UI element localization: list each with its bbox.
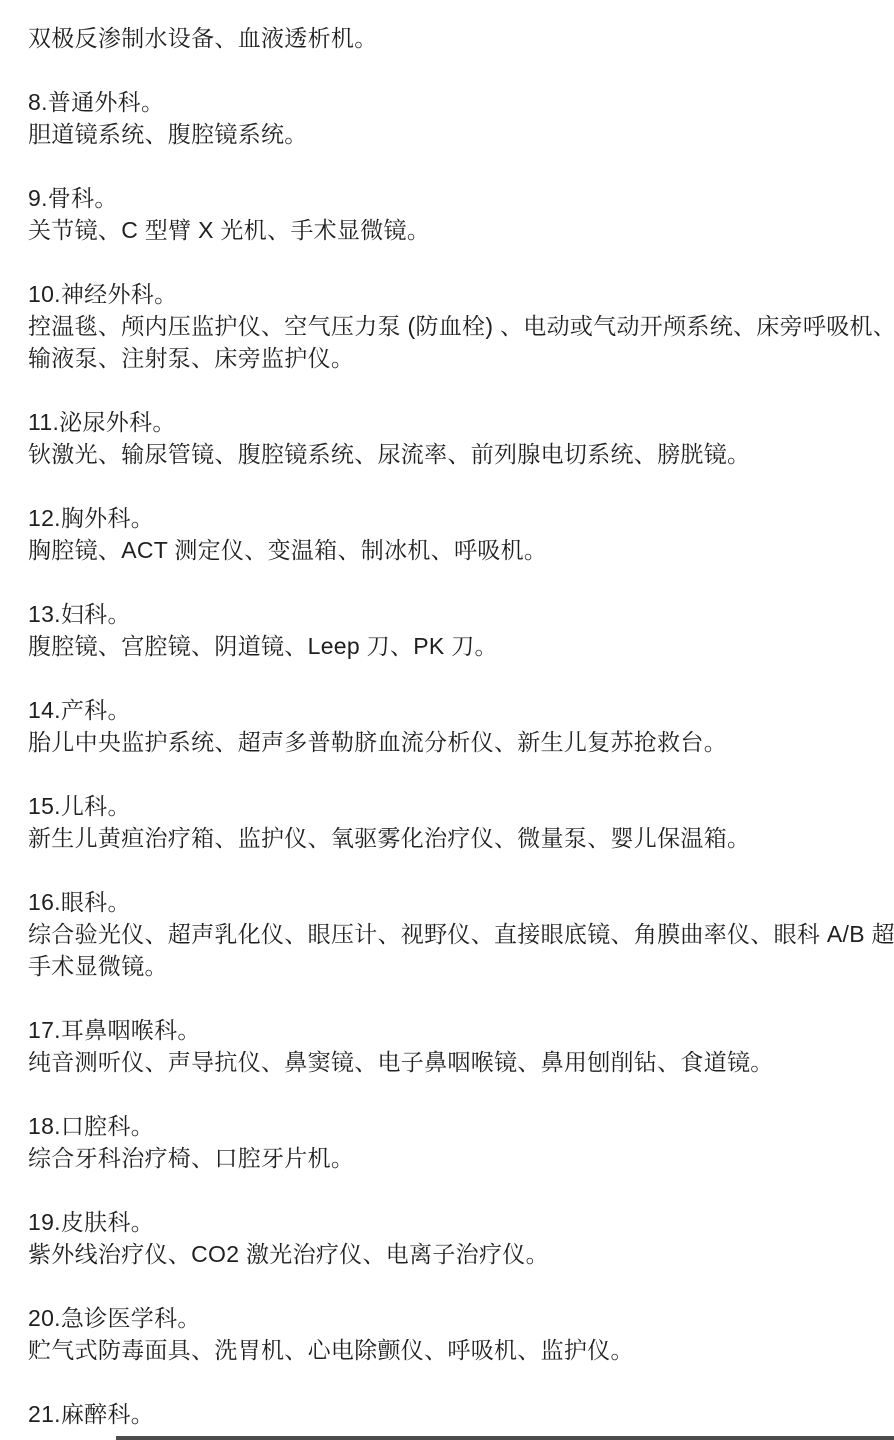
- section-heading: 20.急诊医学科。: [28, 1302, 866, 1334]
- section-block: 18.口腔科。综合牙科治疗椅、口腔牙片机。: [28, 1110, 866, 1174]
- section-block: 17.耳鼻咽喉科。纯音测听仪、声导抗仪、鼻窦镜、电子鼻咽喉镜、鼻用刨削钻、食道镜…: [28, 1014, 866, 1078]
- section-block: 11.泌尿外科。钬激光、输尿管镜、腹腔镜系统、尿流率、前列腺电切系统、膀胱镜。: [28, 406, 866, 470]
- section-body-line: 贮气式防毒面具、洗胃机、心电除颤仪、呼吸机、监护仪。: [28, 1334, 866, 1366]
- section-body-line: 关节镜、C 型臂 X 光机、手术显微镜。: [28, 214, 866, 246]
- section-heading: 17.耳鼻咽喉科。: [28, 1014, 866, 1046]
- section-body-line: 胸腔镜、ACT 测定仪、变温箱、制冰机、呼吸机。: [28, 534, 866, 566]
- section-body-line: 胆道镜系统、腹腔镜系统。: [28, 118, 866, 150]
- document-page: 双极反渗制水设备、血液透析机。8.普通外科。胆道镜系统、腹腔镜系统。9.骨科。关…: [0, 0, 894, 1440]
- section-heading: 9.骨科。: [28, 182, 866, 214]
- section-body-line: 综合牙科治疗椅、口腔牙片机。: [28, 1142, 866, 1174]
- section-block: 20.急诊医学科。贮气式防毒面具、洗胃机、心电除颤仪、呼吸机、监护仪。: [28, 1302, 866, 1366]
- section-heading: 13.妇科。: [28, 598, 866, 630]
- section-block: 16.眼科。综合验光仪、超声乳化仪、眼压计、视野仪、直接眼底镜、角膜曲率仪、眼科…: [28, 886, 866, 982]
- section-body-line: 紫外线治疗仪、CO2 激光治疗仪、电离子治疗仪。: [28, 1238, 866, 1270]
- section-heading: 12.胸外科。: [28, 502, 866, 534]
- section-heading: 21.麻醉科。: [28, 1398, 866, 1430]
- section-body-line: 腹腔镜、宫腔镜、阴道镜、Leep 刀、PK 刀。: [28, 630, 866, 662]
- clipped-next-line-fragment: [116, 1436, 894, 1440]
- section-body-line: 胎儿中央监护系统、超声多普勒脐血流分析仪、新生儿复苏抢救台。: [28, 726, 866, 758]
- section-heading: 18.口腔科。: [28, 1110, 866, 1142]
- section-block: 9.骨科。关节镜、C 型臂 X 光机、手术显微镜。: [28, 182, 866, 246]
- section-block: 21.麻醉科。: [28, 1398, 866, 1430]
- section-heading: 10.神经外科。: [28, 278, 866, 310]
- section-block: 13.妇科。腹腔镜、宫腔镜、阴道镜、Leep 刀、PK 刀。: [28, 598, 866, 662]
- section-body-line: 钬激光、输尿管镜、腹腔镜系统、尿流率、前列腺电切系统、膀胱镜。: [28, 438, 866, 470]
- section-heading: 15.儿科。: [28, 790, 866, 822]
- section-body-line: 综合验光仪、超声乳化仪、眼压计、视野仪、直接眼底镜、角膜曲率仪、眼科 A/B 超…: [28, 918, 866, 950]
- section-block: 10.神经外科。控温毯、颅内压监护仪、空气压力泵 (防血栓) 、电动或气动开颅系…: [28, 278, 866, 374]
- section-block: 双极反渗制水设备、血液透析机。: [28, 22, 866, 54]
- section-body-line: 双极反渗制水设备、血液透析机。: [28, 22, 866, 54]
- section-heading: 16.眼科。: [28, 886, 866, 918]
- section-body-line: 新生儿黄疸治疗箱、监护仪、氧驱雾化治疗仪、微量泵、婴儿保温箱。: [28, 822, 866, 854]
- section-body-line: 控温毯、颅内压监护仪、空气压力泵 (防血栓) 、电动或气动开颅系统、床旁呼吸机、: [28, 310, 866, 342]
- section-block: 12.胸外科。胸腔镜、ACT 测定仪、变温箱、制冰机、呼吸机。: [28, 502, 866, 566]
- section-heading: 14.产科。: [28, 694, 866, 726]
- section-heading: 11.泌尿外科。: [28, 406, 866, 438]
- section-body-line: 纯音测听仪、声导抗仪、鼻窦镜、电子鼻咽喉镜、鼻用刨削钻、食道镜。: [28, 1046, 866, 1078]
- section-body-line: 手术显微镜。: [28, 950, 866, 982]
- section-heading: 19.皮肤科。: [28, 1206, 866, 1238]
- section-body-line: 输液泵、注射泵、床旁监护仪。: [28, 342, 866, 374]
- section-block: 14.产科。胎儿中央监护系统、超声多普勒脐血流分析仪、新生儿复苏抢救台。: [28, 694, 866, 758]
- section-block: 15.儿科。新生儿黄疸治疗箱、监护仪、氧驱雾化治疗仪、微量泵、婴儿保温箱。: [28, 790, 866, 854]
- document-body: 双极反渗制水设备、血液透析机。8.普通外科。胆道镜系统、腹腔镜系统。9.骨科。关…: [28, 22, 866, 1430]
- section-heading: 8.普通外科。: [28, 86, 866, 118]
- section-block: 19.皮肤科。紫外线治疗仪、CO2 激光治疗仪、电离子治疗仪。: [28, 1206, 866, 1270]
- section-block: 8.普通外科。胆道镜系统、腹腔镜系统。: [28, 86, 866, 150]
